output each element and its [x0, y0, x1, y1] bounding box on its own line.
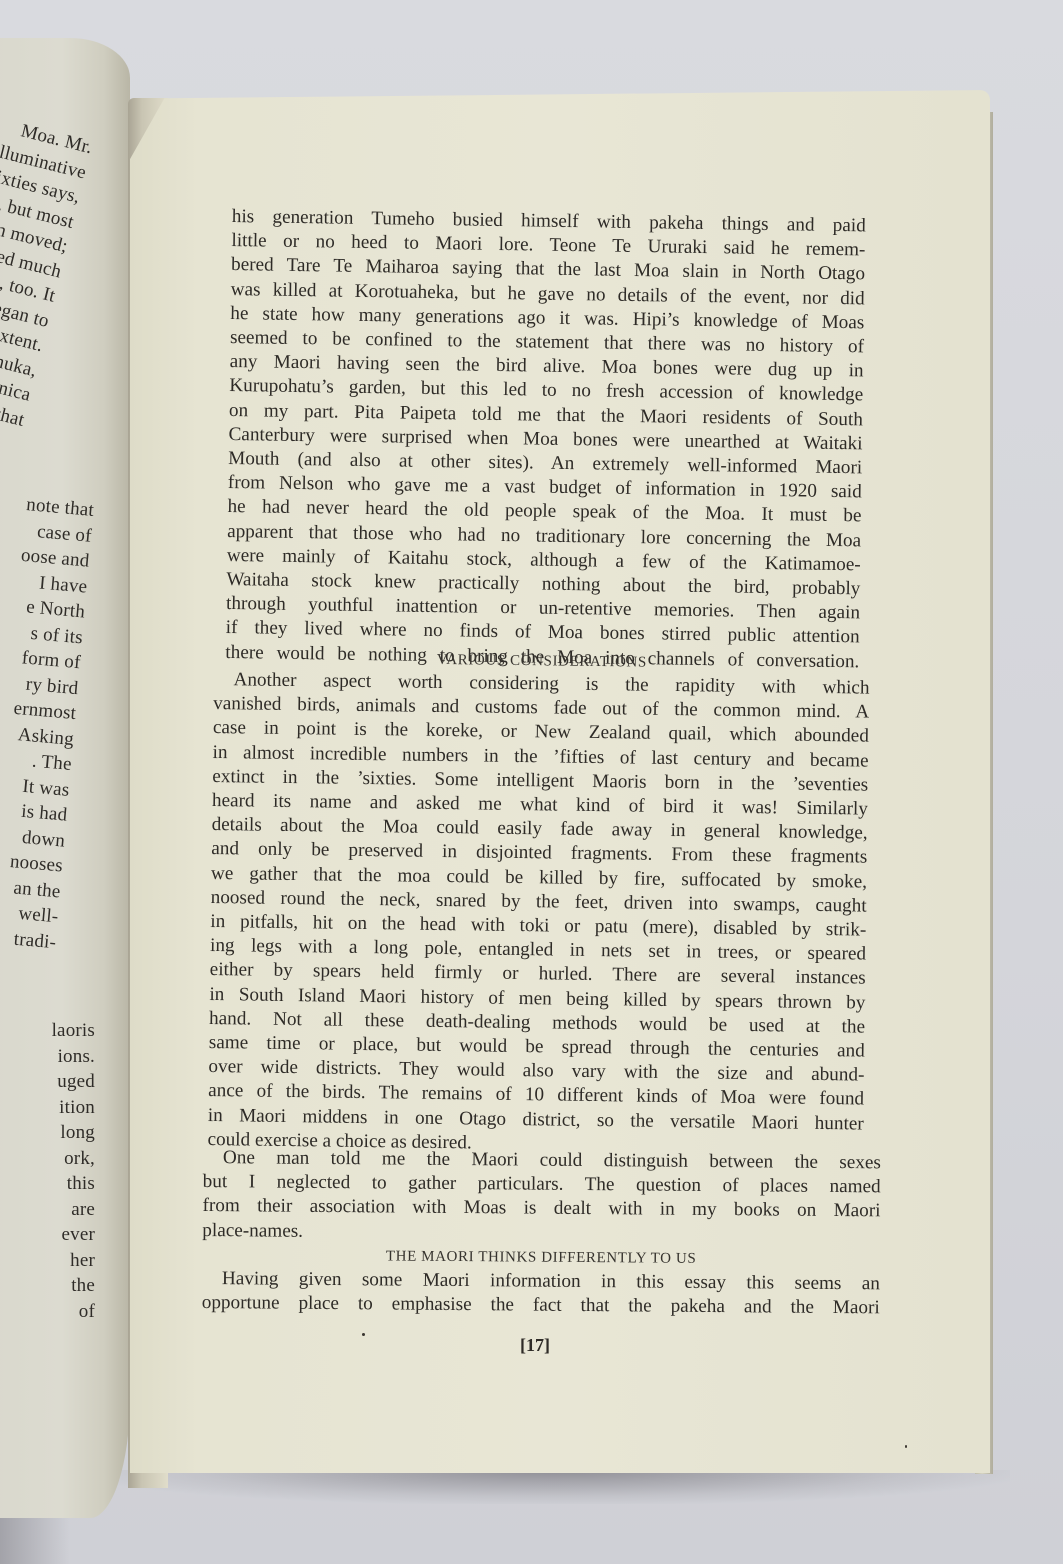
- paragraph-1: his generation Tumeho busied himself wit…: [225, 205, 866, 674]
- text-line-fragment: ork,: [0, 1146, 95, 1172]
- page-bottom-shadow: [95, 1470, 1010, 1504]
- text-line-fragment: ition: [0, 1095, 95, 1121]
- text-line-fragment: uged: [0, 1069, 95, 1095]
- ink-speck: [905, 1445, 907, 1448]
- text-line-fragment: this: [0, 1171, 95, 1197]
- text-line-fragment: the: [0, 1273, 95, 1299]
- paragraph-4-lines: Having given some Maori information in t…: [202, 1267, 880, 1321]
- photo-scene: Moa. Mr.illuminativesixties says,, but m…: [0, 0, 1063, 1564]
- section-various-considerations: VARIOUS CONSIDERATIONS Another aspect wo…: [207, 645, 870, 1161]
- ink-speck: [362, 1333, 365, 1336]
- text-line-fragment: laoris: [0, 1018, 95, 1044]
- left-page-fragment-top: Moa. Mr.illuminativesixties says,, but m…: [0, 113, 95, 433]
- text-line-fragment: long: [0, 1120, 95, 1146]
- left-page-fragment-middle: note thatcase ofoose andI havee Norths o…: [0, 490, 95, 956]
- left-page: Moa. Mr.illuminativesixties says,, but m…: [0, 38, 130, 1518]
- page-number: [17]: [520, 1335, 550, 1356]
- text-line-fragment: her: [0, 1248, 95, 1274]
- paragraph-1-lines: his generation Tumeho busied himself wit…: [225, 205, 866, 674]
- text-line-fragment: ever: [0, 1222, 95, 1248]
- text-line-fragment: are: [0, 1197, 95, 1223]
- paragraph-2-lines: Another aspect worth considering is the …: [207, 668, 869, 1161]
- section-closing: One man told me the Maori could distingu…: [202, 1146, 881, 1321]
- text-line-fragment: of: [0, 1299, 95, 1325]
- left-page-fragment-bottom: laorisions.ugeditionlongork,thisareeverh…: [0, 1018, 95, 1324]
- paragraph-3-lines: One man told me the Maori could distingu…: [202, 1146, 881, 1248]
- text-line-fragment: ions.: [0, 1044, 95, 1070]
